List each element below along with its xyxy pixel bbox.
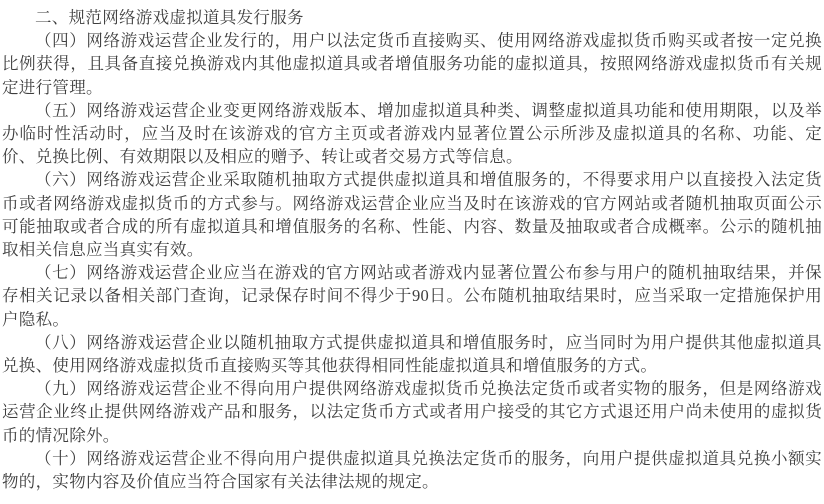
paragraph-list: （四）网络游戏运营企业发行的，用户以法定货币直接购买、使用网络游戏虚拟货币购买或… xyxy=(2,29,822,493)
paragraph: （七）网络游戏运营企业应当在游戏的官方网站或者游戏内显著位置公布参与用户的随机抽… xyxy=(2,261,822,331)
paragraph: （八）网络游戏运营企业以随机抽取方式提供虚拟道具和增值服务时，应当同时为用户提供… xyxy=(2,331,822,377)
section-heading: 二、规范网络游戏虚拟道具发行服务 xyxy=(2,6,822,29)
document-page: 二、规范网络游戏虚拟道具发行服务 （四）网络游戏运营企业发行的，用户以法定货币直… xyxy=(0,0,824,504)
paragraph: （四）网络游戏运营企业发行的，用户以法定货币直接购买、使用网络游戏虚拟货币购买或… xyxy=(2,29,822,99)
paragraph: （五）网络游戏运营企业变更网络游戏版本、增加虚拟道具种类、调整虚拟道具功能和使用… xyxy=(2,99,822,169)
paragraph: （六）网络游戏运营企业采取随机抽取方式提供虚拟道具和增值服务的，不得要求用户以直… xyxy=(2,168,822,261)
paragraph: （十）网络游戏运营企业不得向用户提供虚拟道具兑换法定货币的服务，向用户提供虚拟道… xyxy=(2,447,822,493)
paragraph: （九）网络游戏运营企业不得向用户提供网络游戏虚拟货币兑换法定货币或者实物的服务，… xyxy=(2,377,822,447)
